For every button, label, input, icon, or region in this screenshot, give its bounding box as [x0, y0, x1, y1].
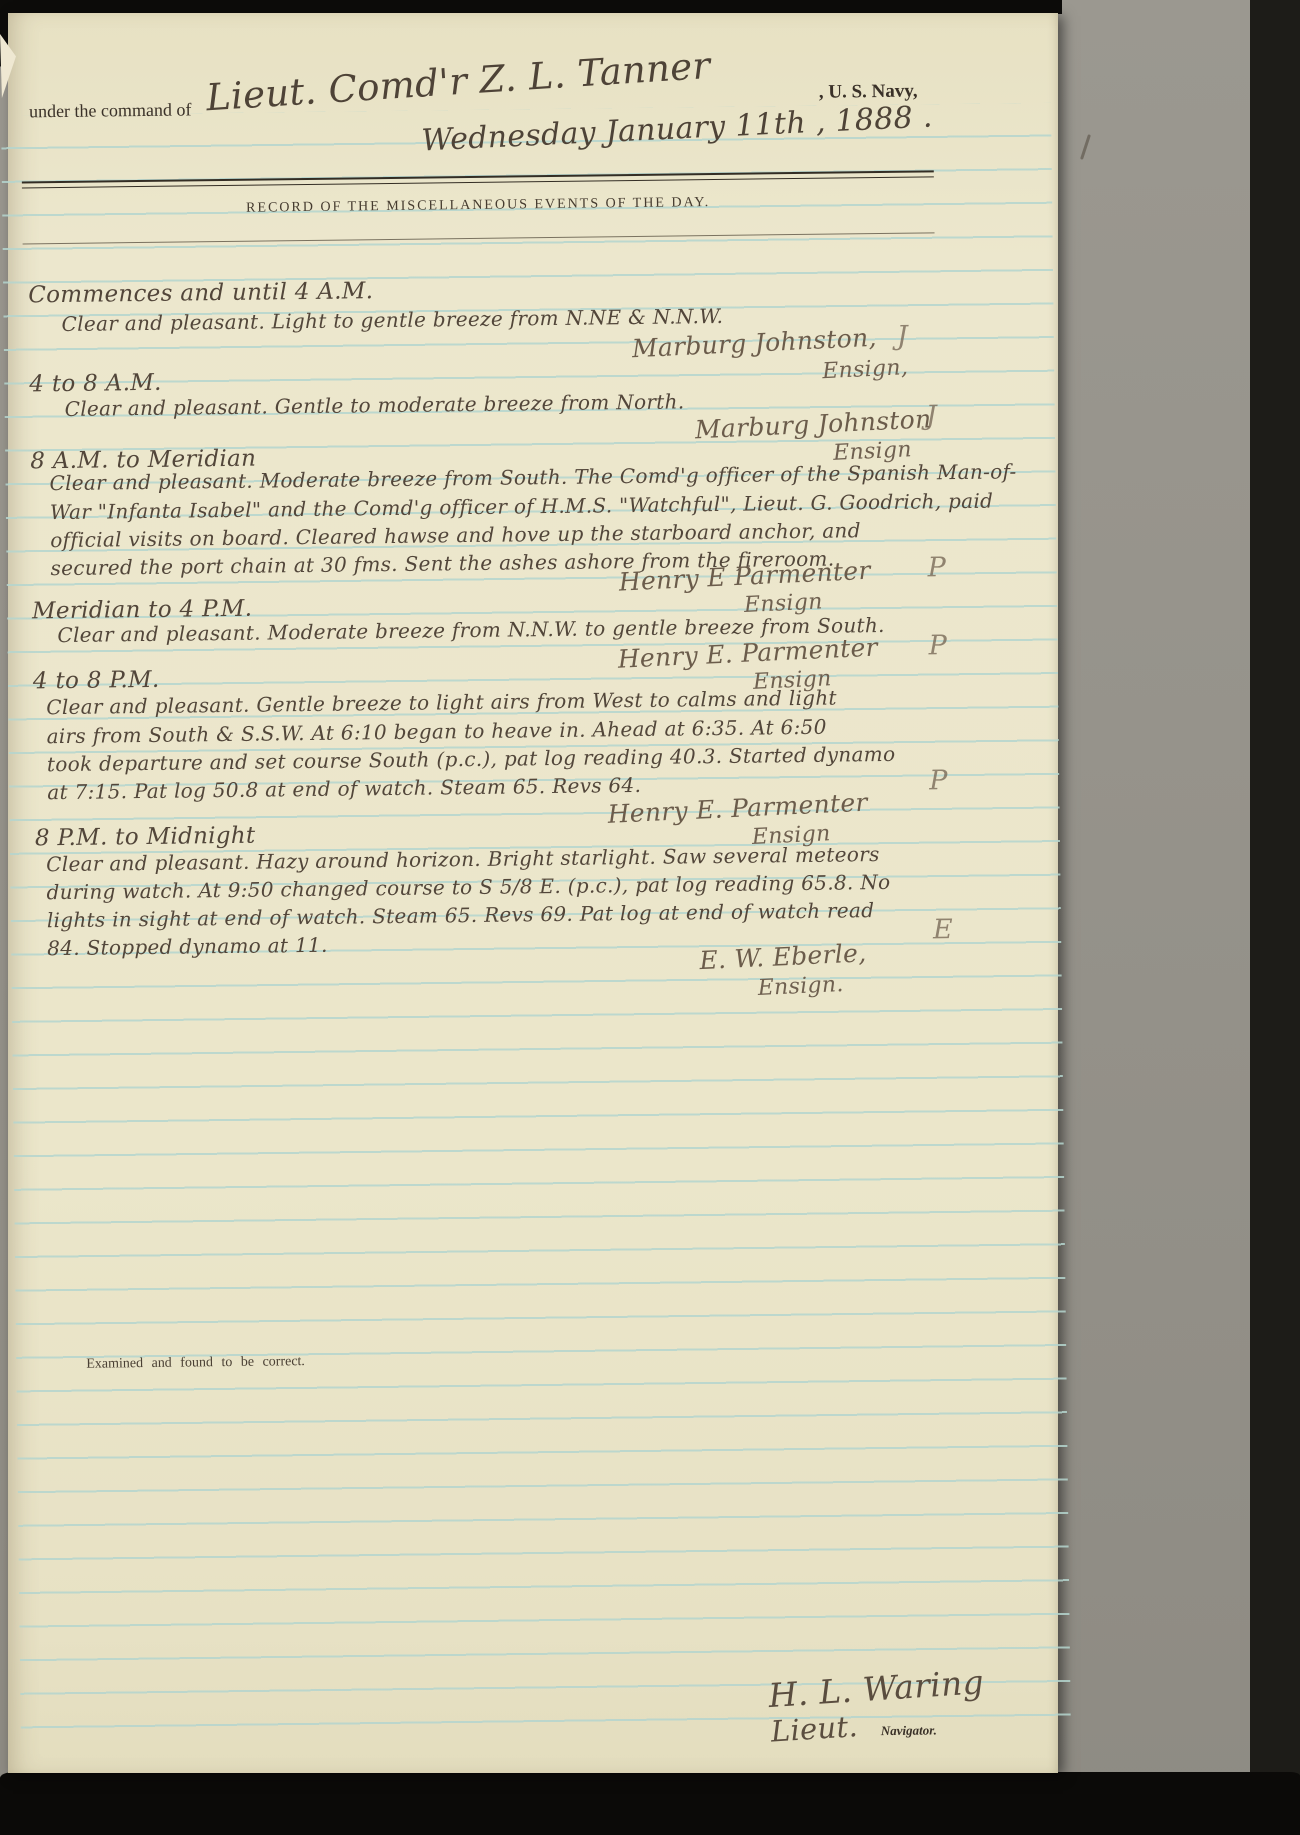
bottom-black-bar: [0, 1772, 1300, 1835]
officer-initial: J: [897, 321, 909, 352]
officer-initial: P: [928, 630, 947, 661]
officer-initial: E: [933, 914, 953, 945]
navigator-label: Navigator.: [881, 1722, 937, 1739]
officer-initial: P: [927, 552, 946, 583]
entry-heading: 4 to 8 A.M.: [29, 370, 162, 398]
entry-heading: Commences and until 4 A.M.: [28, 278, 373, 308]
command-prefix-text: under the command of: [29, 99, 192, 122]
logbook-page: under the command of Lieut. Comd'r Z. L.…: [8, 13, 1058, 1773]
entry-heading: Meridian to 4 P.M.: [32, 596, 252, 625]
officer-initial: J: [926, 400, 938, 431]
entry-line: 84. Stopped dynamo at 11.: [47, 933, 328, 960]
examined-note: Examined and found to be correct.: [86, 1354, 305, 1373]
entry-heading: 4 to 8 P.M.: [33, 667, 160, 695]
watch-rank: Ensign.: [757, 972, 844, 1001]
ink-mark: [1080, 134, 1091, 160]
watch-rank: Ensign,: [822, 355, 909, 384]
scan-backdrop-dark-strip: [1250, 0, 1300, 1835]
page-content: under the command of Lieut. Comd'r Z. L.…: [0, 7, 1071, 1780]
officer-initial: P: [929, 765, 948, 796]
entry-heading: 8 P.M. to Midnight: [35, 823, 256, 852]
navigator-rank: Lieut.: [770, 1709, 859, 1749]
